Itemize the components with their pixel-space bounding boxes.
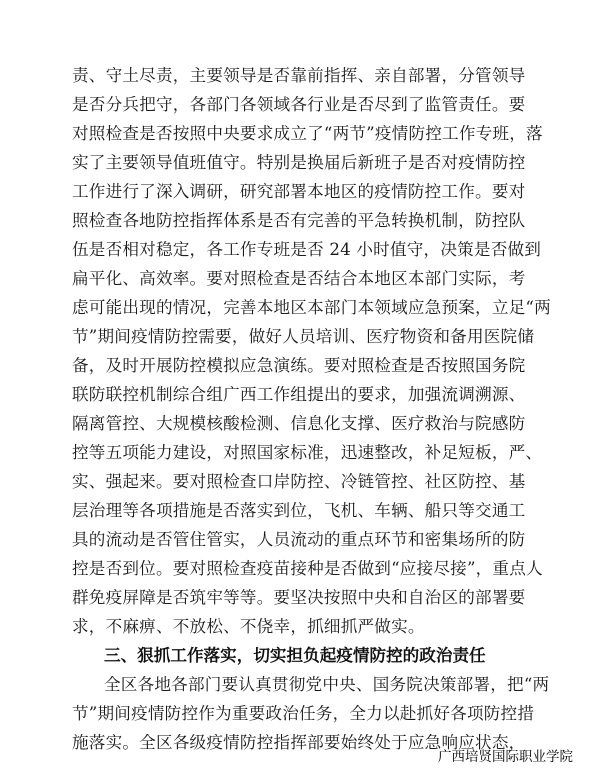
body-text-line: 扁平化、高效率。要对照检查是否结合本地区本部门实际，考 [72,267,518,291]
body-text-line: 具的流动是否管住管实，人员流动的重点环节和密集场所的防 [72,528,518,552]
body-text-line: 隔离管控、大规模核酸检测、信息化支撑、医疗救治与院感防 [72,412,518,436]
body-text-line: 实了主要领导值班值守。特别是换届后新班子是否对疫情防控 [72,151,518,175]
body-text-line: 层治理等各项措施是否落实到位，飞机、车辆、船只等交通工 [72,499,518,523]
body-text-line: 求，不麻痹、不放松、不侥幸，抓细抓严做实。 [72,615,518,639]
body-text-line: 控等五项能力建设，对照国家标准，迅速整改，补足短板，严、 [72,441,518,465]
body-text-line: 实、强起来。要对照检查口岸防控、冷链管控、社区防控、基 [72,470,518,494]
body-text-line: 责、守土尽责，主要领导是否靠前指挥、亲自部署，分管领导 [72,64,518,88]
body-text-line: 节”期间疫情防控需要，做好人员培训、医疗物资和备用医院储 [72,325,518,349]
body-text-line: 联防联控机制综合组广西工作组提出的要求，加强流调溯源、 [72,383,518,407]
body-text-line: 是否分兵把守，各部门各领域各行业是否尽到了监管责任。要 [72,93,518,117]
body-text-line: 备，及时开展防控模拟应急演练。要对照检查是否按照国务院 [72,354,518,378]
body-text-line: 群免疫屏障是否筑牢等等。要坚决按照中央和自治区的部署要 [72,586,518,610]
body-text-line: 控是否到位。要对照检查疫苗接种是否做到“应接尽接”，重点人 [72,557,518,581]
body-text-line: 虑可能出现的情况，完善本地区本部门本领域应急预案，立足“两 [72,296,518,320]
section-body-line: 全区各地各部门要认真贯彻党中央、国务院决策部署，把“两 [104,673,518,697]
section-heading: 三、狠抓工作落实，切实担负起疫情防控的政治责任 [104,644,486,668]
body-text-line: 对照检查是否按照中央要求成立了“两节”疫情防控工作专班，落 [72,122,518,146]
body-text-line: 伍是否相对稳定，各工作专班是否 24 小时值守，决策是否做到 [72,238,518,262]
body-text-line: 照检查各地防控指挥体系是否有完善的平急转换机制，防控队 [72,209,518,233]
document-page: 责、守土尽责，主要领导是否靠前指挥、亲自部署，分管领导 是否分兵把守，各部门各领… [0,0,589,777]
body-text-line: 工作进行了深入调研，研究部署本地区的疫情防控工作。要对 [72,180,518,204]
watermark: 广西培贤国际职业学院 [438,748,573,766]
section-body-line: 节”期间疫情防控作为重要政治任务，全力以赴抓好各项防控措 [72,702,518,726]
